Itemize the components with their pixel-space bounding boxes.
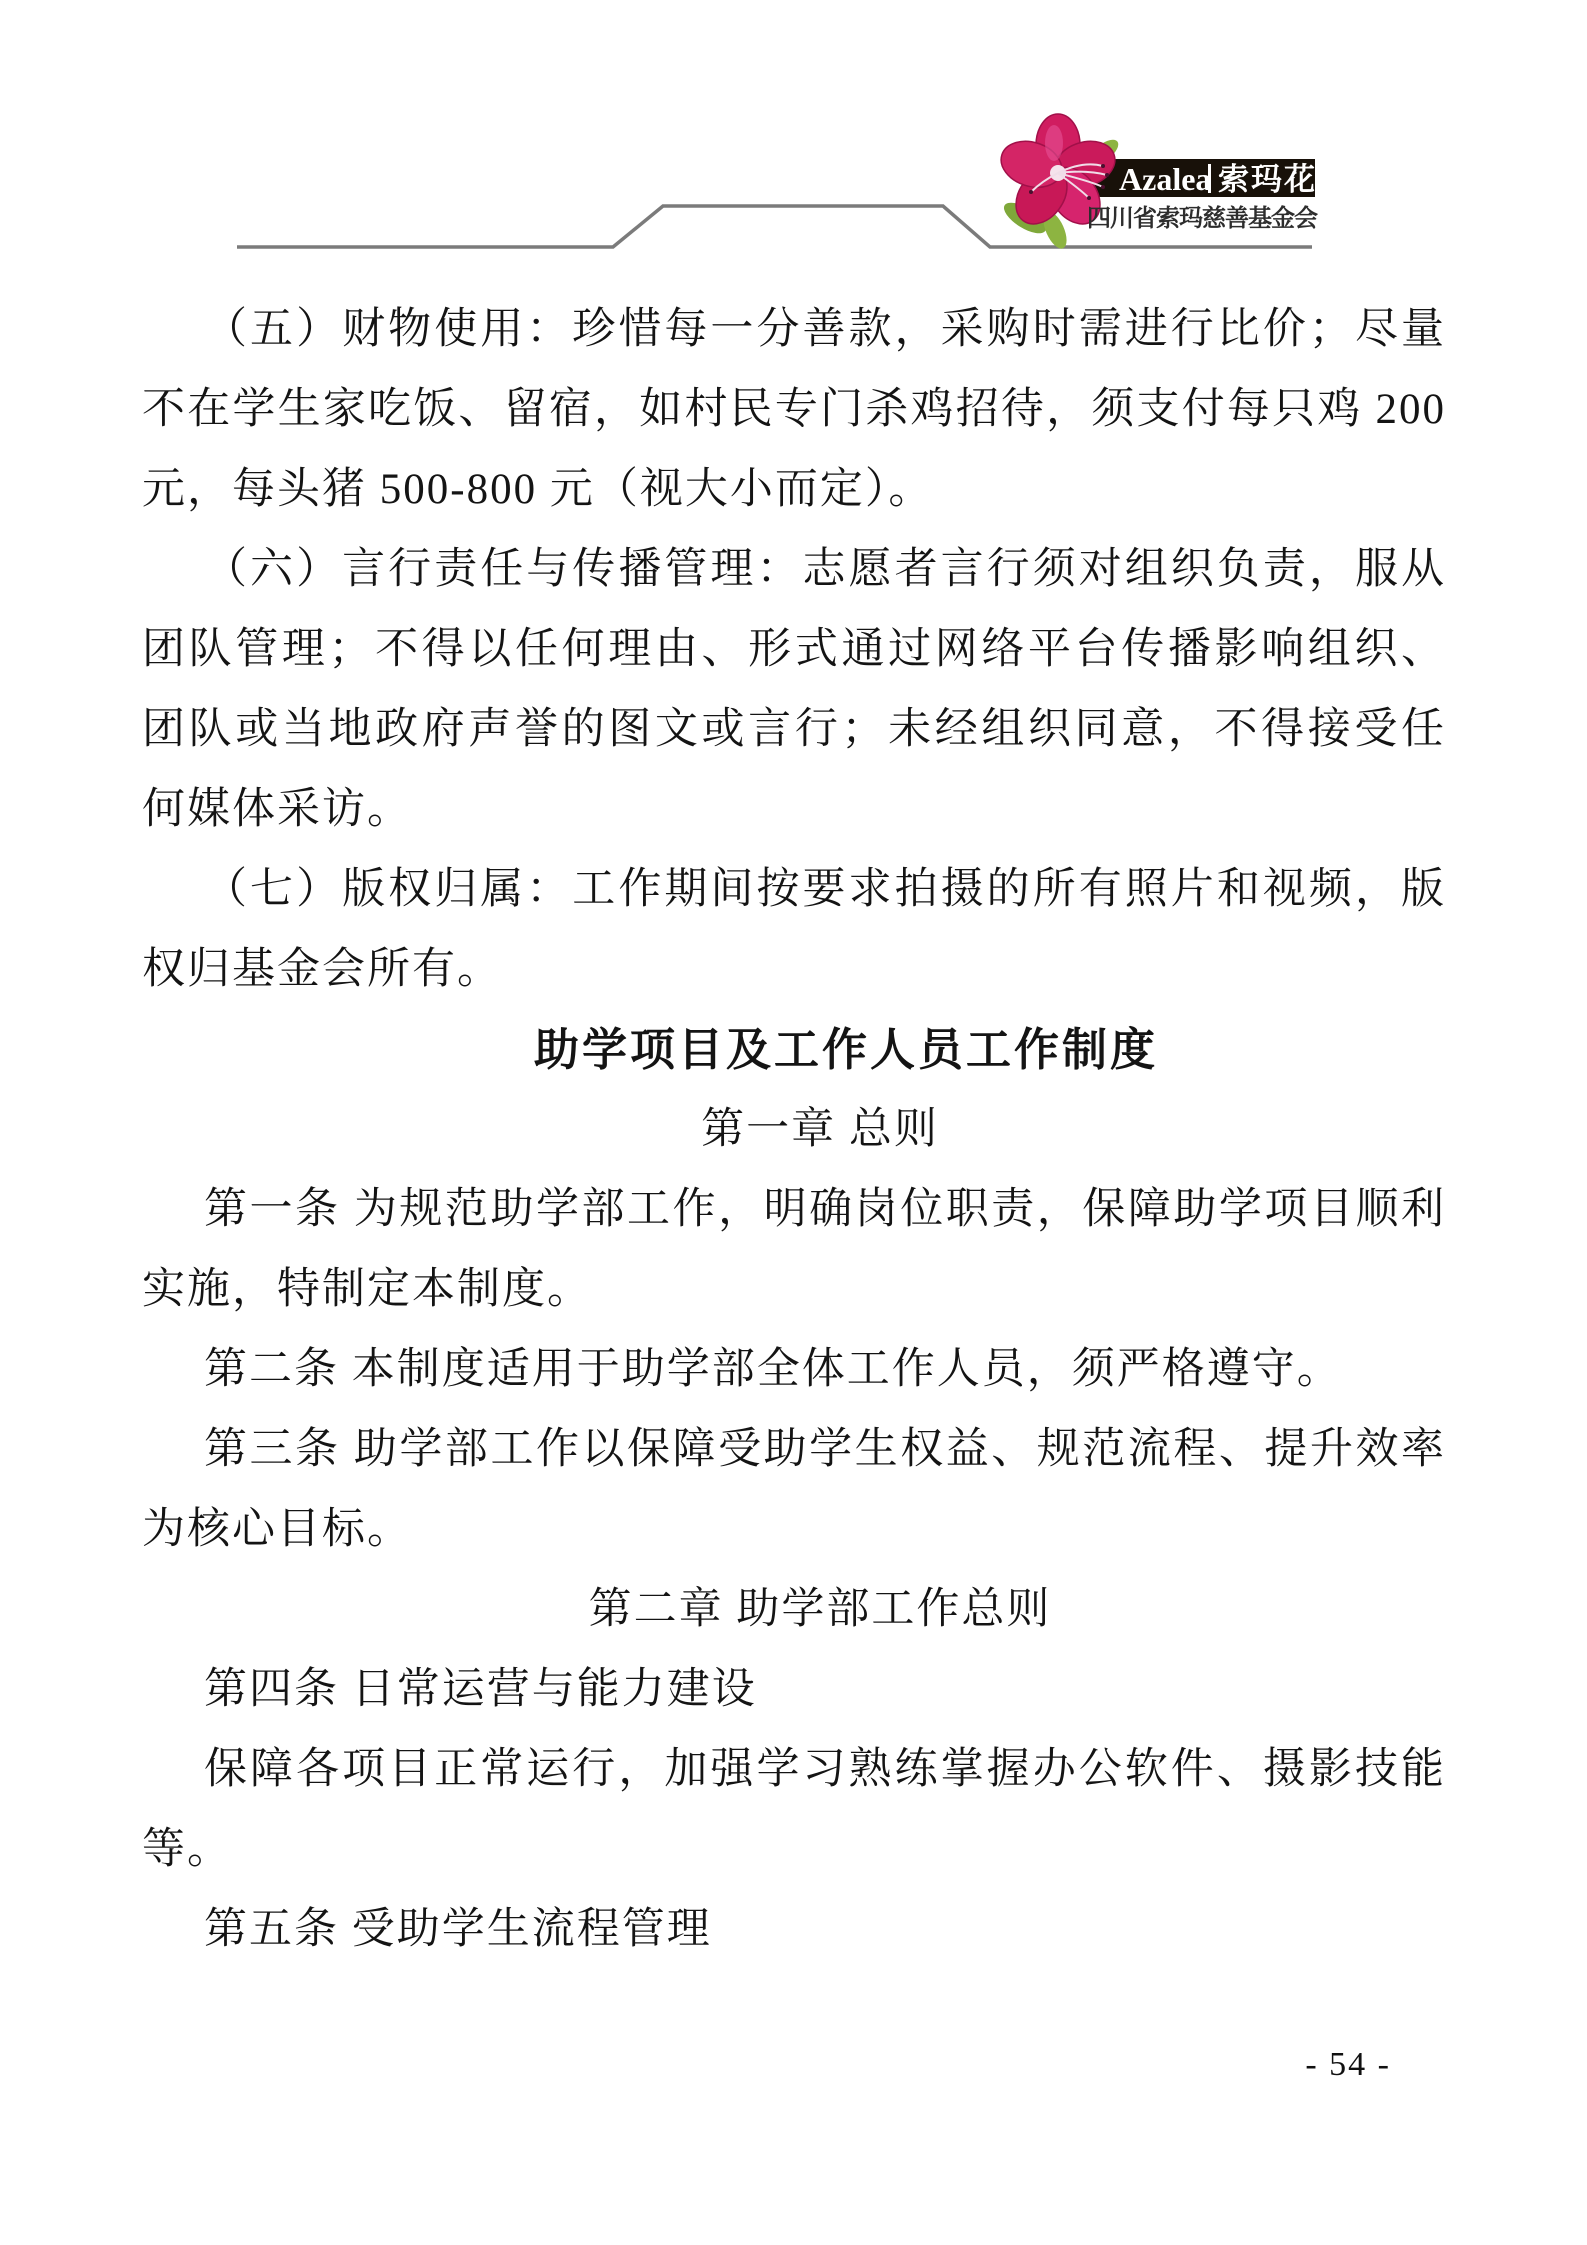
document-title: 助学项目及工作人员工作制度: [194, 1010, 1498, 1090]
page-header: Azalea 索玛花 四川省索玛慈善基金会: [0, 0, 1587, 280]
clause-6-paragraph: （六）言行责任与传播管理：志愿者言行须对组织负责，服从团队管理；不得以任何理由、…: [142, 530, 1446, 850]
logo-divider-bar: [1208, 164, 1211, 193]
article-4-body-paragraph: 保障各项目正常运行，加强学习熟练掌握办公软件、摄影技能等。: [142, 1730, 1446, 1890]
clause-5-paragraph: （五）财物使用：珍惜每一分善款，采购时需进行比价；尽量不在学生家吃饭、留宿，如村…: [142, 290, 1446, 530]
article-2-paragraph: 第二条 本制度适用于助学部全体工作人员，须严格遵守。: [142, 1330, 1446, 1410]
logo-brand-cn: 索玛花: [1218, 162, 1317, 197]
clause-7-paragraph: （七）版权归属：工作期间按要求拍摄的所有照片和视频，版权归基金会所有。: [142, 850, 1446, 1010]
document-page: Azalea 索玛花 四川省索玛慈善基金会 （五）财物使用：珍惜每一分善款，采购…: [0, 0, 1587, 2245]
article-3-paragraph: 第三条 助学部工作以保障受助学生权益、规范流程、提升效率为核心目标。: [142, 1410, 1446, 1570]
document-body: （五）财物使用：珍惜每一分善款，采购时需进行比价；尽量不在学生家吃饭、留宿，如村…: [142, 290, 1446, 1970]
logo-org-name: 四川省索玛慈善基金会: [1087, 204, 1318, 232]
page-number: - 54 -: [1305, 2046, 1391, 2084]
article-4-paragraph: 第四条 日常运营与能力建设: [142, 1650, 1446, 1730]
petal-highlight: [1045, 125, 1063, 161]
article-5-paragraph: 第五条 受助学生流程管理: [142, 1890, 1446, 1970]
article-1-paragraph: 第一条 为规范助学部工作，明确岗位职责，保障助学项目顺利实施，特制定本制度。: [142, 1170, 1446, 1330]
logo-brand-en: Azalea: [1119, 161, 1211, 197]
chapter-1-heading: 第一章 总则: [168, 1090, 1472, 1170]
chapter-2-heading: 第二章 助学部工作总则: [168, 1570, 1472, 1650]
